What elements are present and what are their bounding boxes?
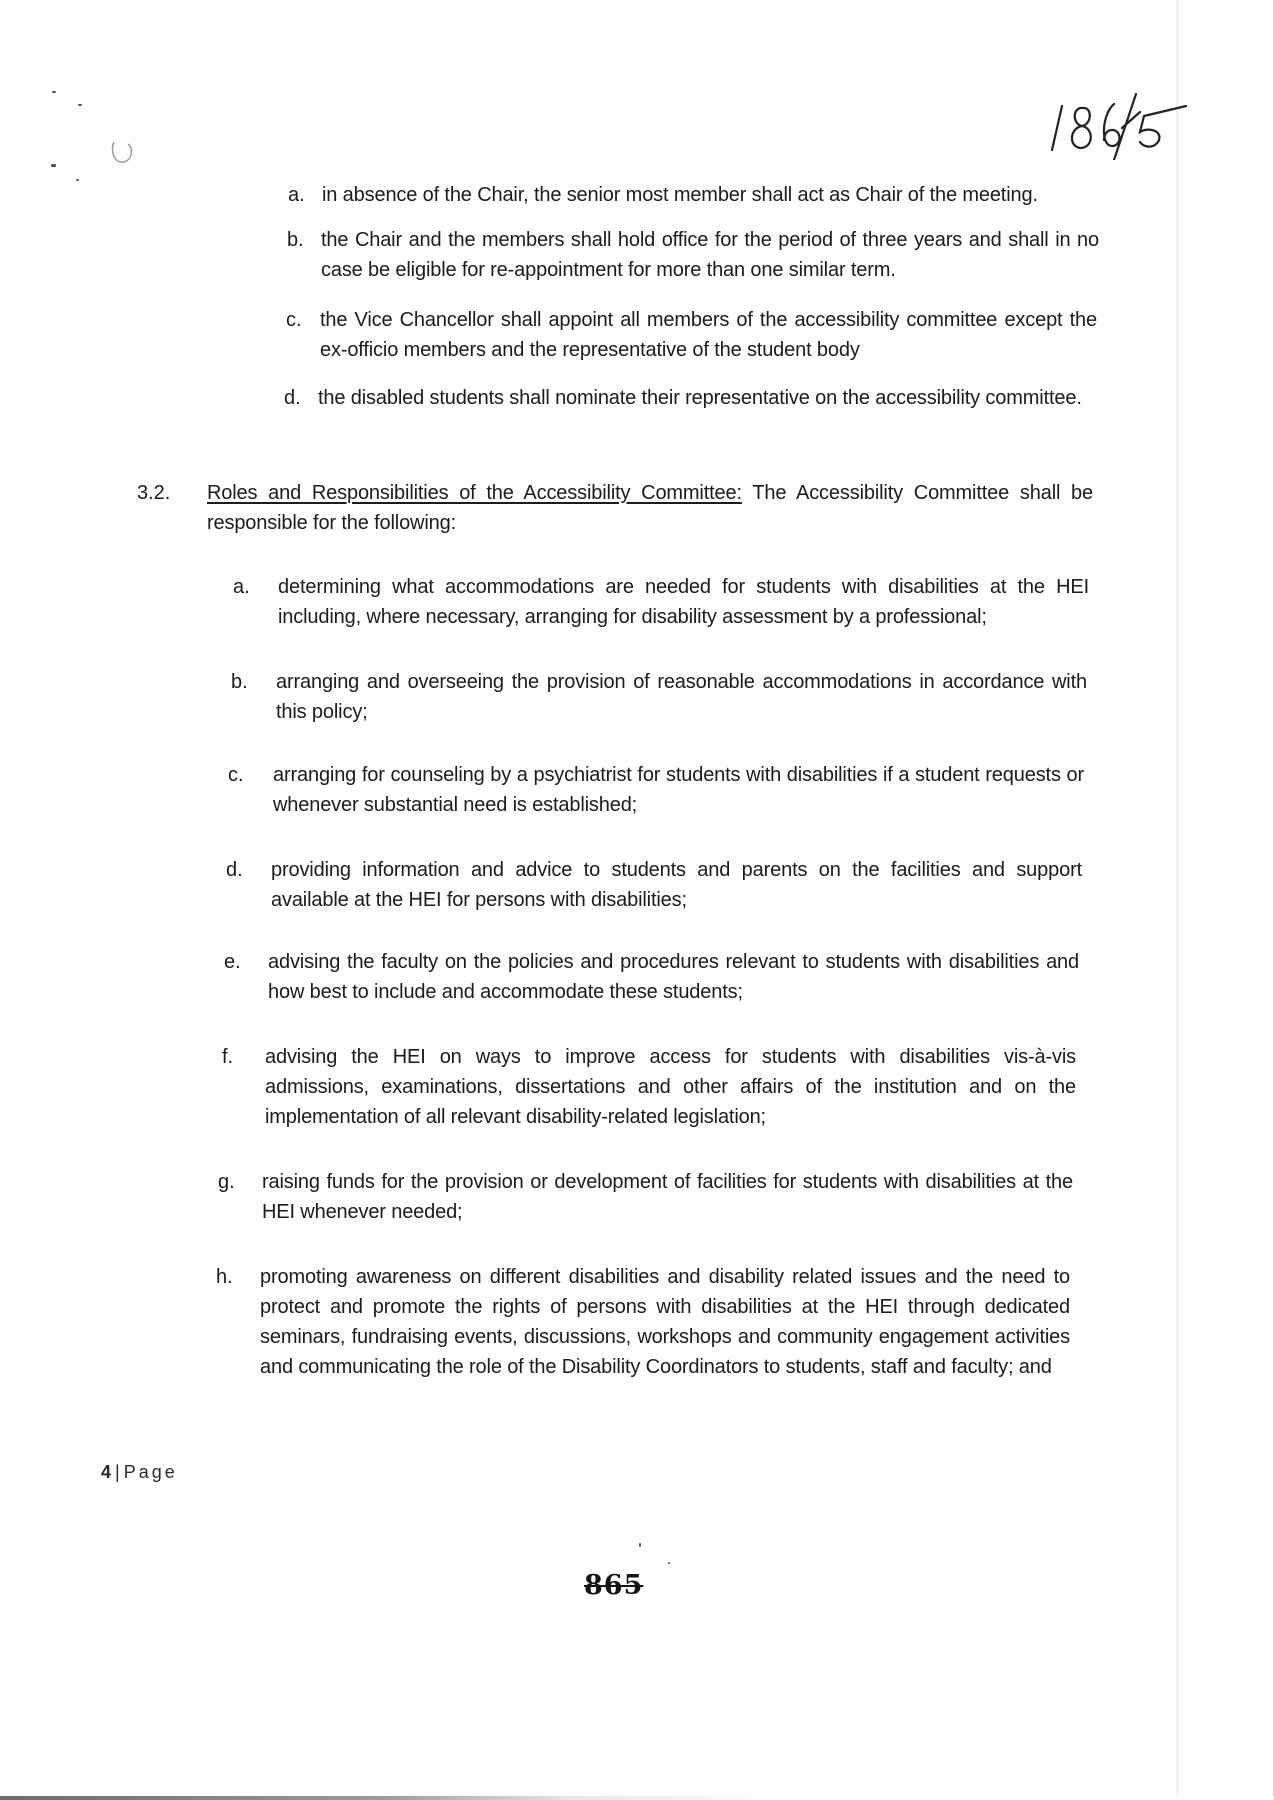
list-item: a. determining what accommodations are n…: [233, 572, 1089, 632]
list-item-text: the Vice Chancellor shall appoint all me…: [320, 305, 1097, 365]
list-item: g. raising funds for the provision or de…: [218, 1167, 1073, 1227]
list-item-label: c.: [286, 305, 302, 335]
list-item-text: raising funds for the provision or devel…: [262, 1167, 1073, 1227]
handwritten-annotation: 186/5: [1040, 86, 1190, 160]
scan-speck: [668, 1562, 670, 1564]
scan-edge-bottom: [0, 1796, 1274, 1800]
list-item-text: in absence of the Chair, the senior most…: [322, 180, 1100, 210]
list-item-text: advising the faculty on the policies and…: [268, 947, 1079, 1007]
page-footer: 4|Page: [101, 1460, 178, 1484]
list-item-text: providing information and advice to stud…: [271, 855, 1082, 915]
list-item-text: determining what accommodations are need…: [278, 572, 1089, 632]
scan-speck: [76, 179, 79, 181]
list-item: f. advising the HEI on ways to improve a…: [222, 1042, 1076, 1132]
page-number: 4: [101, 1462, 111, 1482]
pen-mark-icon: [108, 138, 136, 168]
scan-speck: [639, 1543, 641, 1547]
handwriting-icon: [1040, 86, 1190, 160]
list-item-label: c.: [228, 760, 244, 790]
scan-speck: [52, 91, 56, 93]
list-item-label: e.: [224, 947, 241, 977]
list-item-label: a.: [288, 180, 305, 210]
section-heading: Roles and Responsibilities of the Access…: [207, 478, 1093, 538]
list-item: a. in absence of the Chair, the senior m…: [288, 180, 1100, 210]
footer-separator: |: [115, 1462, 120, 1482]
list-item-label: g.: [218, 1167, 235, 1197]
list-item-text: advising the HEI on ways to improve acce…: [265, 1042, 1076, 1132]
list-item-text: arranging and overseeing the provision o…: [276, 667, 1087, 727]
list-item: c. the Vice Chancellor shall appoint all…: [286, 305, 1097, 365]
list-item-label: f.: [222, 1042, 233, 1072]
section-title: Roles and Responsibilities of the Access…: [207, 482, 742, 504]
list-item-label: b.: [287, 225, 304, 255]
list-item: d. the disabled students shall nominate …: [284, 383, 1095, 443]
list-item-text: the disabled students shall nominate the…: [318, 383, 1095, 413]
list-item-label: b.: [231, 667, 248, 697]
page-label: Page: [124, 1462, 178, 1482]
list-item: h. promoting awareness on different disa…: [216, 1262, 1070, 1412]
list-item: b. arranging and overseeing the provisio…: [231, 667, 1087, 727]
list-item-label: d.: [284, 383, 301, 413]
list-item-label: h.: [216, 1262, 233, 1292]
list-item-text: the Chair and the members shall hold off…: [321, 225, 1099, 285]
list-item-text: promoting awareness on different disabil…: [260, 1262, 1070, 1382]
list-item: d. providing information and advice to s…: [226, 855, 1082, 915]
section-number: 3.2.: [137, 478, 170, 508]
scan-speck: [78, 104, 82, 106]
list-item-label: a.: [233, 572, 250, 602]
list-item: c. arranging for counseling by a psychia…: [228, 760, 1084, 820]
list-item-text: arranging for counseling by a psychiatri…: [273, 760, 1084, 820]
scan-speck: [51, 164, 56, 167]
list-item-label: d.: [226, 855, 243, 885]
list-item: e. advising the faculty on the policies …: [224, 947, 1079, 1007]
scanner-streak: [1176, 0, 1179, 1800]
stamped-page-number: 865: [584, 1571, 643, 1601]
list-item: b. the Chair and the members shall hold …: [287, 225, 1099, 285]
